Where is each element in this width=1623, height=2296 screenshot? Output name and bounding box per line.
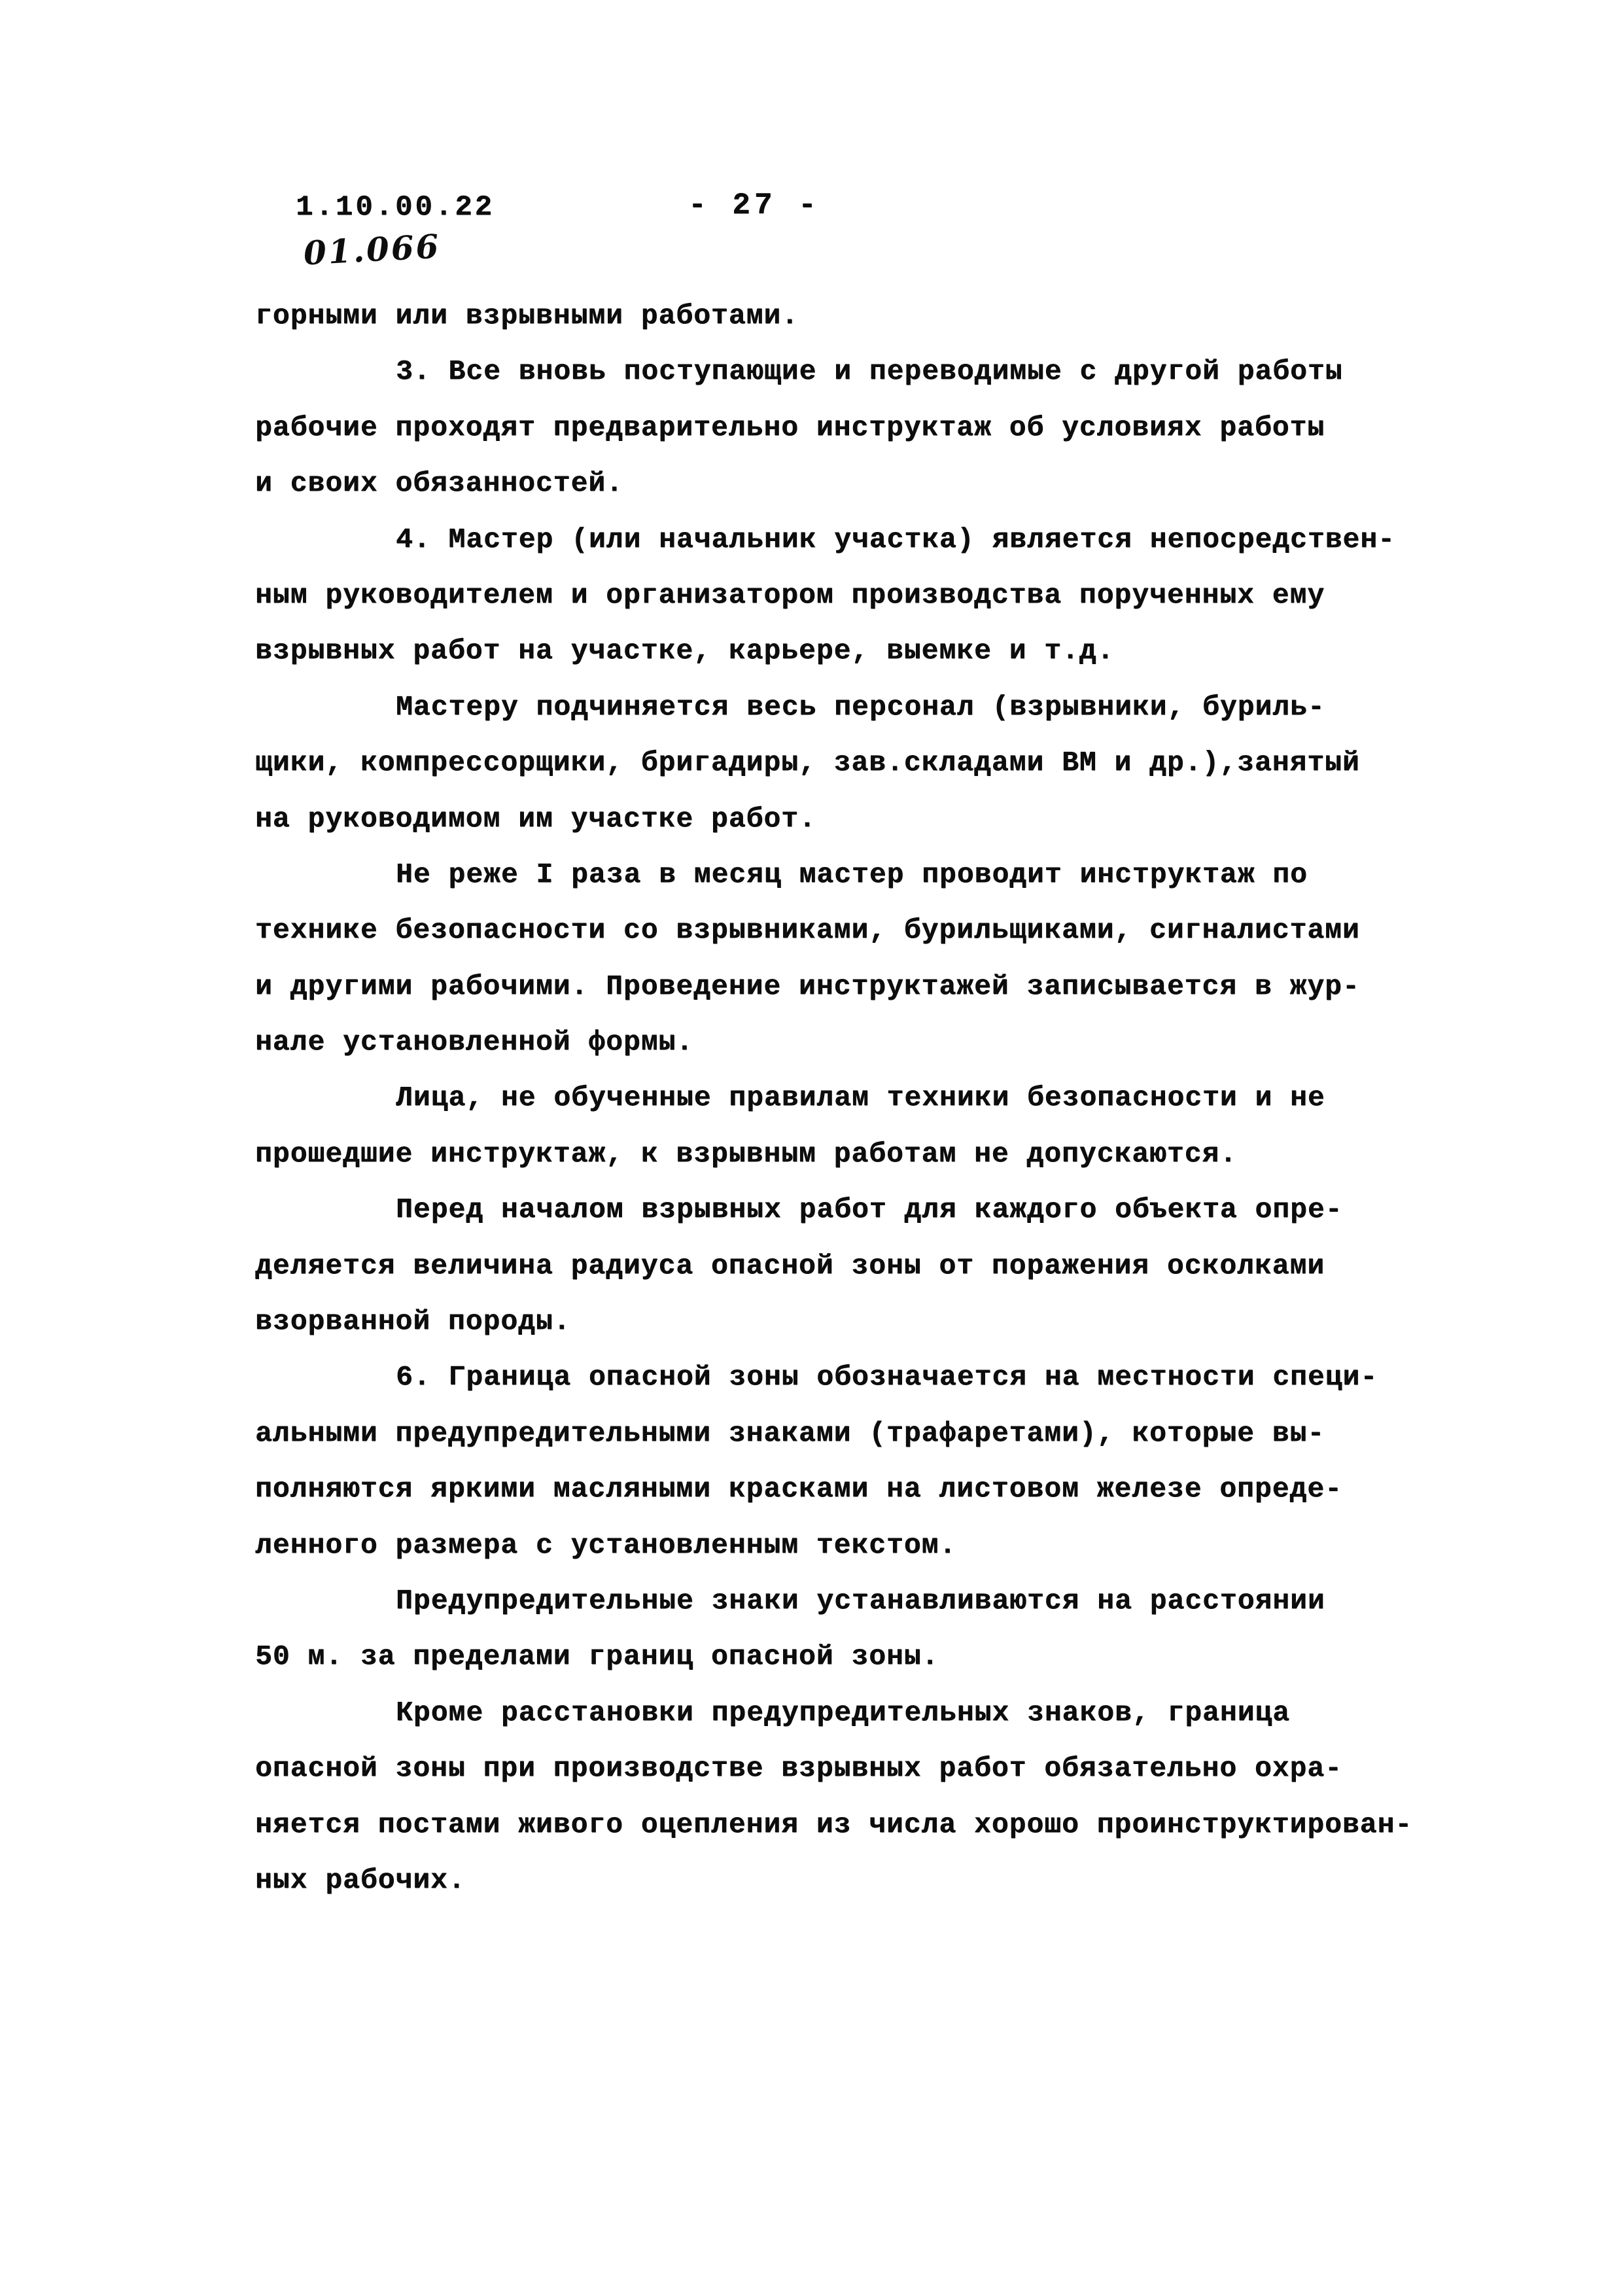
text-line: ленного размера с установленным текстом. xyxy=(255,1529,1433,1585)
text-line: технике безопасности со взрывниками, бур… xyxy=(255,914,1433,970)
text-line: взорванной породы. xyxy=(255,1305,1433,1361)
text-line: рабочие проходят предварительно инструкт… xyxy=(255,412,1433,467)
doc-number: 1.10.00.22 xyxy=(296,191,495,224)
text-body: горными или взрывными работами.3. Все вн… xyxy=(255,300,1433,1920)
text-line: Кроме расстановки предупредительных знак… xyxy=(255,1697,1433,1752)
text-line: на руководимом им участке работ. xyxy=(255,803,1433,858)
text-line: няется постами живого оцепления из числа… xyxy=(255,1809,1433,1864)
text-line: прошедшие инструктаж, к взрывным работам… xyxy=(255,1138,1433,1193)
text-line: ным руководителем и организатором произв… xyxy=(255,579,1433,635)
text-line: ных рабочих. xyxy=(255,1864,1433,1920)
document-page: 1.10.00.22 - 27 - 01.066 горными или взр… xyxy=(0,0,1623,2296)
text-line: 3. Все вновь поступающие и переводимые с… xyxy=(255,355,1433,411)
text-line: опасной зоны при производстве взрывных р… xyxy=(255,1752,1433,1808)
text-line: горными или взрывными работами. xyxy=(255,300,1433,355)
text-line: 50 м. за пределами границ опасной зоны. xyxy=(255,1640,1433,1696)
text-line: 4. Мастер (или начальник участка) являет… xyxy=(255,523,1433,579)
text-line: щики, компрессорщики, бригадиры, зав.скл… xyxy=(255,747,1433,802)
text-line: полняются яркими масляными красками на л… xyxy=(255,1473,1433,1528)
text-line: и своих обязанностей. xyxy=(255,467,1433,523)
text-line: Не реже I раза в месяц мастер проводит и… xyxy=(255,858,1433,914)
text-line: 6. Граница опасной зоны обозначается на … xyxy=(255,1361,1433,1417)
text-line: Лица, не обученные правилам техники безо… xyxy=(255,1082,1433,1137)
text-line: альными предупредительными знаками (траф… xyxy=(255,1417,1433,1473)
text-line: взрывных работ на участке, карьере, выем… xyxy=(255,635,1433,690)
text-line: и другими рабочими. Проведение инструкта… xyxy=(255,970,1433,1026)
text-line: нале установленной формы. xyxy=(255,1026,1433,1082)
text-line: Перед началом взрывных работ для каждого… xyxy=(255,1193,1433,1249)
text-line: Мастеру подчиняется весь персонал (взрыв… xyxy=(255,691,1433,747)
text-line: деляется величина радиуса опасной зоны о… xyxy=(255,1250,1433,1305)
page-number: - 27 - xyxy=(688,188,820,222)
handwritten-code: 01.066 xyxy=(303,227,442,273)
text-line: Предупредительные знаки устанавливаются … xyxy=(255,1585,1433,1640)
